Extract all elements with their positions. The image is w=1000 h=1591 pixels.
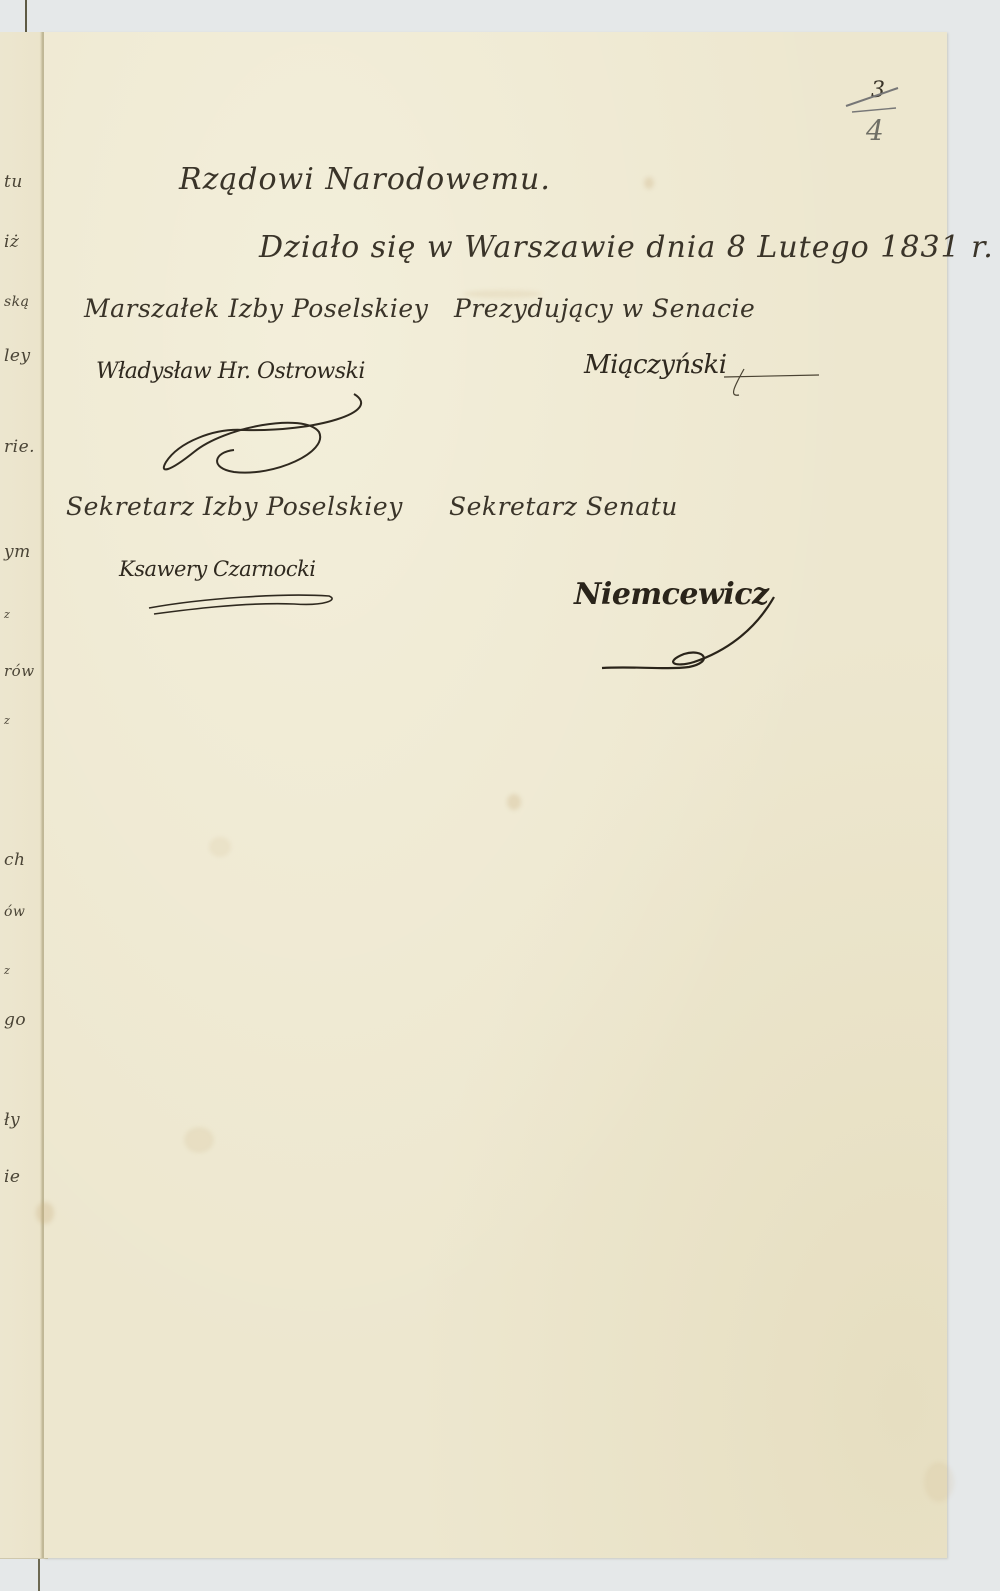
- binding-shadow-top: [25, 0, 27, 32]
- marshal-flourish-icon: [154, 392, 374, 502]
- senate-secretary-title: Sekretarz Senatu: [449, 492, 678, 521]
- folio-strike-icon: [844, 84, 904, 114]
- margin-fragment: ch: [4, 850, 25, 870]
- margin-fragment: ską: [4, 294, 30, 310]
- margin-fragment: ów: [4, 904, 25, 920]
- margin-fragment: z: [4, 608, 10, 621]
- senate-president-signature: Miączyński: [584, 350, 727, 380]
- dateline: Działo się w Warszawie dnia 8 Lutego 183…: [259, 230, 994, 265]
- margin-fragment: ły: [4, 1110, 20, 1130]
- margin-fragment: iż: [4, 232, 19, 252]
- stain: [209, 837, 231, 857]
- margin-fragment: rów: [4, 662, 35, 680]
- folio-new-number: 4: [866, 114, 884, 147]
- stain: [924, 1462, 954, 1502]
- margin-fragment: ym: [4, 542, 31, 562]
- marshal-signature: Władysław Hr. Ostrowski: [96, 359, 365, 384]
- manuscript-page: 3 4 Rządowi Narodowemu. Działo się w War…: [44, 32, 947, 1558]
- chamber-secretary-flourish-icon: [144, 588, 344, 618]
- marshal-title: Marszałek Izby Poselskiey: [84, 294, 428, 323]
- margin-fragment: rie.: [4, 437, 35, 457]
- margin-fragment: go: [4, 1010, 26, 1030]
- stain: [36, 1202, 54, 1224]
- senate-secretary-flourish-icon: [594, 592, 794, 672]
- margin-fragment: z: [4, 964, 10, 977]
- senate-president-title: Prezydujący w Senacie: [454, 294, 755, 323]
- addressee: Rządowi Narodowemu.: [179, 162, 551, 197]
- chamber-secretary-title: Sekretarz Izby Poselskiey: [66, 492, 403, 521]
- chamber-secretary-signature: Ksawery Czarnocki: [119, 557, 316, 581]
- stain: [184, 1127, 214, 1153]
- document-scan: tu iż ską ley rie. ym z rów z ch ów z go…: [0, 0, 1000, 1591]
- stain: [644, 177, 654, 189]
- stain: [507, 794, 521, 810]
- binding-shadow-bottom: [38, 1558, 40, 1591]
- margin-fragment: z: [4, 714, 10, 727]
- margin-fragment: ie: [4, 1167, 21, 1187]
- margin-fragment: tu: [4, 172, 23, 192]
- margin-fragment: ley: [4, 346, 31, 366]
- senate-president-flourish-icon: [724, 367, 834, 407]
